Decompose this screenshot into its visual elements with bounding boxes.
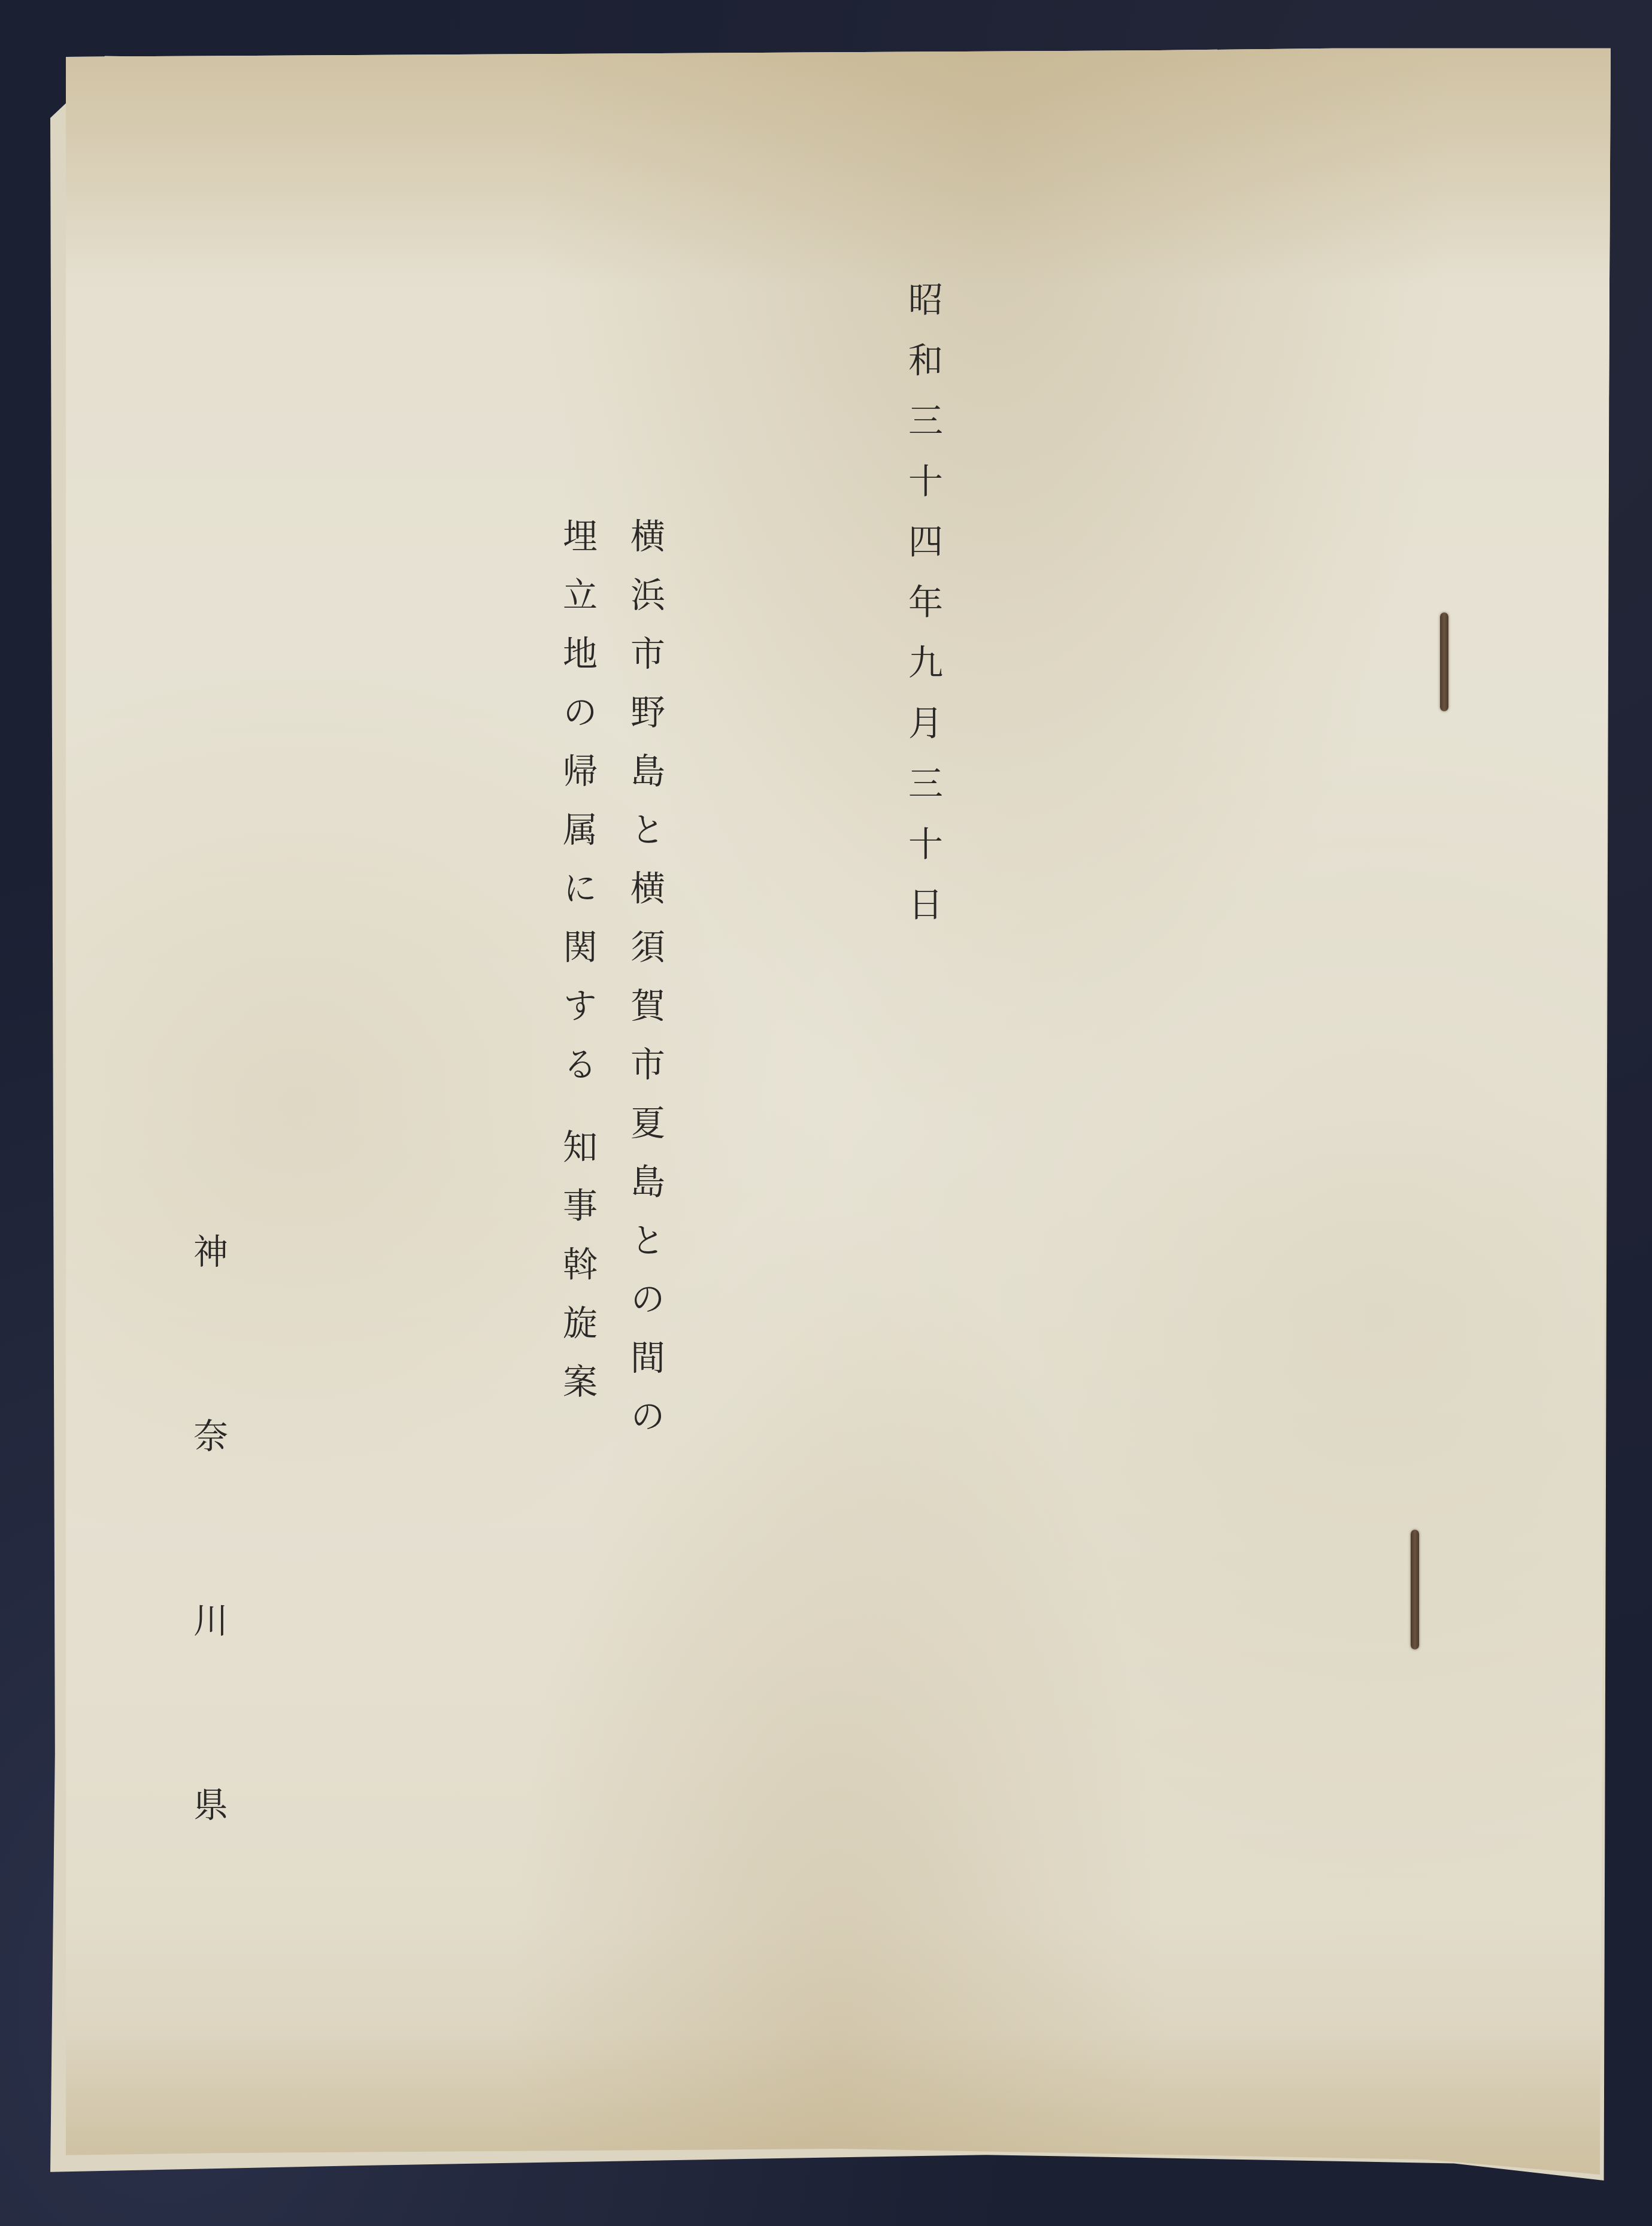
staple-icon [1440,612,1448,711]
document-title-line-2: 埋立地の帰属に関する知事斡旋案 [560,518,595,1422]
staple-icon [1411,1530,1419,1649]
document-title-line-2-part-2: 知事斡旋案 [557,1129,598,1422]
top-stain [66,31,1611,283]
document-date: 昭和三十四年九月三十日 [905,281,940,947]
document-cover-page [66,31,1611,2175]
issuer-name: 神奈川県 [190,1233,225,1971]
document-title-line-1: 横浜市野島と横須賀市夏島との間の [628,518,662,1457]
document-title-line-2-part-1: 埋立地の帰属に関する [557,518,598,1105]
